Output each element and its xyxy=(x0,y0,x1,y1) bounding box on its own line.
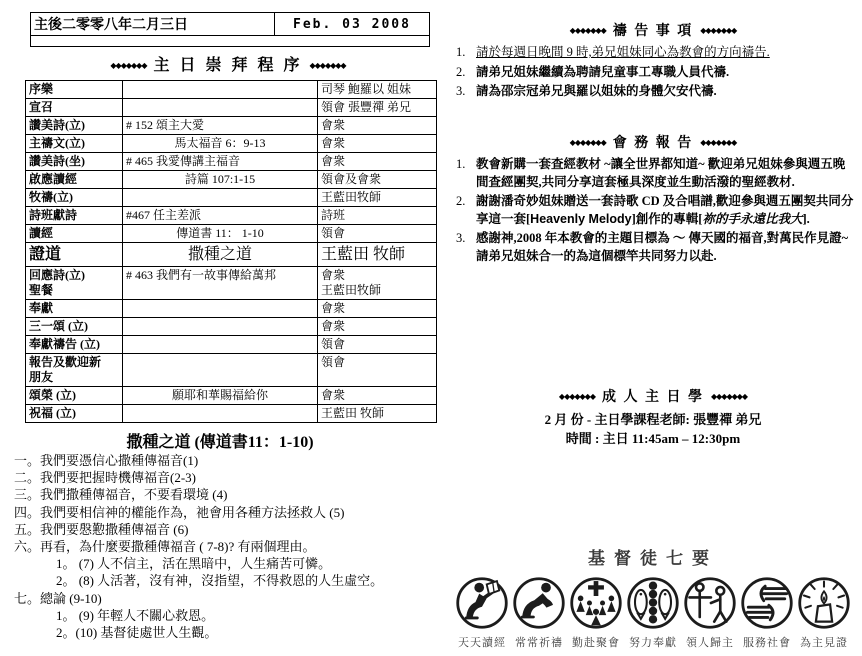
essential-label: 勤赴聚會 xyxy=(568,634,624,650)
order-detail-cell: 願耶和華賜福給你 xyxy=(123,387,318,405)
report-item-segment: 教會新購一套查經教材 ~讓全世界都知道~ 歡迎弟兄姐妹參與週五晚間查經團契,共同… xyxy=(476,157,845,189)
sermon-outline-line: 六。再看，為什麼要撒種傳福音 ( 7-8)? 有兩個理由。 xyxy=(14,538,446,555)
order-item-cell: 奉獻禱告 (立) xyxy=(26,336,123,354)
worship-order-table: 序樂司琴 鮑羅以 姐妹宣召領會 張豐禪 弟兄讚美詩(立)# 152 頌主大愛會衆… xyxy=(25,80,437,423)
order-leader-cell: 領會 xyxy=(318,336,437,354)
essential-item: 常常祈禱 xyxy=(511,575,567,650)
order-item-cell: 讚美詩(坐) xyxy=(26,153,123,171)
order-detail-cell xyxy=(123,405,318,423)
item-number: 2. xyxy=(456,193,476,228)
order-item-cell: 奉獻 xyxy=(26,300,123,318)
evangelism-icon xyxy=(682,575,738,631)
order-detail-cell: 傳道書 11： 1-10 xyxy=(123,225,318,243)
order-detail-cell: # 152 頌主大愛 xyxy=(123,117,318,135)
reading-icon xyxy=(454,575,510,631)
report-item-segment: 感謝神,2008 年本教會的主題目標為 ～ 傳天國的福音,對萬民作見證~ 請弟兄… xyxy=(476,231,848,263)
sunday-school-time-line: 時間 : 主日 11:45am – 12:30pm xyxy=(452,429,854,448)
order-item-cell: 讀經 xyxy=(26,225,123,243)
report-item: 1.教會新購一套查經教材 ~讓全世界都知道~ 歡迎弟兄姐妹參與週五晚間查經團契,… xyxy=(456,156,854,191)
worship-order-row: 讚美詩(立)# 152 頌主大愛會衆 xyxy=(26,117,437,135)
order-item-cell: 祝福 (立) xyxy=(26,405,123,423)
order-leader-cell: 會衆 xyxy=(318,318,437,336)
sermon-outline-line: 1。 (9) 年輕人不關心救恩。 xyxy=(56,607,446,624)
sermon-outline-line: 一。我們要憑信心撒種傳福音(1) xyxy=(14,452,446,469)
order-leader-cell: 領會及會衆 xyxy=(318,171,437,189)
order-leader-cell: 會衆 xyxy=(318,387,437,405)
prayer-list: 1.請於每週日晚間 9 時,弟兄姐妹同心為教會的方向禱告.2.請弟兄姐妹繼續為聘… xyxy=(452,44,854,101)
worship-order-row: 讚美詩(坐)# 465 我愛傳講主福音會衆 xyxy=(26,153,437,171)
report-item: 2.謝謝潘奇妙姐妹贈送一套詩歌 CD 及合唱譜,歡迎參與週五團契共同分享這一套[… xyxy=(456,193,854,228)
prayer-item: 1.請於每週日晚間 9 時,弟兄姐妹同心為教會的方向禱告. xyxy=(456,44,854,62)
worship-order-row: 回應詩(立)聖餐# 463 我們有一故事傳給萬邦會衆王藍田牧師 xyxy=(26,267,437,300)
ornament-left-icon: ◆◆◆◆◆◆◆ xyxy=(559,392,595,401)
worship-title-text: 主 日 崇 拜 程 序 xyxy=(153,57,302,74)
order-item-cell: 報告及歡迎新朋友 xyxy=(26,354,123,387)
worship-order-row: 牧禱(立)王藍田牧師 xyxy=(26,189,437,207)
church-bulletin-page: 主後二零零八年二月三日 Feb. 03 2008 ◆◆◆◆◆◆◆主 日 崇 拜 … xyxy=(0,0,862,656)
date-row: 主後二零零八年二月三日 Feb. 03 2008 xyxy=(31,13,429,36)
service-icon xyxy=(739,575,795,631)
essential-item: 努力奉獻 xyxy=(625,575,681,650)
date-box-empty-row xyxy=(31,36,429,46)
item-text: 感謝神,2008 年本教會的主題目標為 ～ 傳天國的福音,對萬民作見證~ 請弟兄… xyxy=(476,230,854,265)
witness-icon xyxy=(796,575,852,631)
essential-label: 領人歸主 xyxy=(682,634,738,650)
report-item-segment: ]. xyxy=(802,212,809,226)
sermon-outline-line: 2。(10) 基督徒處世人生觀。 xyxy=(56,624,446,641)
essential-label: 天天讀經 xyxy=(454,634,510,650)
prayer-items-section: ◆◆◆◆◆◆◆禱 告 事 項◆◆◆◆◆◆◆ 1.請於每週日晚間 9 時,弟兄姐妹… xyxy=(452,20,854,103)
order-item-cell: 詩班獻詩 xyxy=(26,207,123,225)
order-detail-cell xyxy=(123,300,318,318)
ornament-left-icon: ◆◆◆◆◆◆◆ xyxy=(570,26,606,35)
order-leader-cell: 詩班 xyxy=(318,207,437,225)
date-header-box: 主後二零零八年二月三日 Feb. 03 2008 xyxy=(30,12,430,47)
order-detail-cell xyxy=(123,318,318,336)
report-item: 3.感謝神,2008 年本教會的主題目標為 ～ 傳天國的福音,對萬民作見證~ 請… xyxy=(456,230,854,265)
sunday-school-section: ◆◆◆◆◆◆◆成 人 主 日 學◆◆◆◆◆◆◆ 2 月 份 - 主日學課程老師:… xyxy=(452,386,854,448)
sermon-outline-section: 撒種之道 (傳道書11：1-10) 一。我們要憑信心撒種傳福音(1)二。我們要把… xyxy=(10,429,446,641)
worship-order-row: 奉獻會衆 xyxy=(26,300,437,318)
worship-order-title: ◆◆◆◆◆◆◆主 日 崇 拜 程 序◆◆◆◆◆◆◆ xyxy=(10,52,446,75)
order-item-cell: 三一頌 (立) xyxy=(26,318,123,336)
prayer-section-title: ◆◆◆◆◆◆◆禱 告 事 項◆◆◆◆◆◆◆ xyxy=(452,20,854,40)
praying-icon xyxy=(511,575,567,631)
order-leader-cell: 王藍田 牧師 xyxy=(318,243,437,267)
sermon-outline-line: 五。我們要慇懃撒種傳福音 (6) xyxy=(14,521,446,538)
item-text: 教會新購一套查經教材 ~讓全世界都知道~ 歡迎弟兄姐妹參與週五晚間查經團契,共同… xyxy=(476,156,854,191)
sunday-school-title: ◆◆◆◆◆◆◆成 人 主 日 學◆◆◆◆◆◆◆ xyxy=(452,386,854,406)
sunday-school-title-text: 成 人 主 日 學 xyxy=(602,390,704,405)
order-detail-cell: # 463 我們有一故事傳給萬邦 xyxy=(123,267,318,300)
worship-order-row: 奉獻禱告 (立)領會 xyxy=(26,336,437,354)
ornament-right-icon: ◆◆◆◆◆◆◆ xyxy=(700,26,736,35)
seven-essentials-title: 基督徒七要 xyxy=(452,544,854,569)
sermon-outline-line: 二。我們要把握時機傳福音(2-3) xyxy=(14,469,446,486)
prayer-item-text: 請弟兄姐妹繼續為聘請兒童事工專職人員代禱. xyxy=(476,65,729,79)
sermon-outline-line: 四。我們要相信神的權能作為，祂會用各種方法拯救人 (5) xyxy=(14,504,446,521)
worship-order-row: 讀經傳道書 11： 1-10領會 xyxy=(26,225,437,243)
sermon-outline-lines: 一。我們要憑信心撒種傳福音(1)二。我們要把握時機傳福音(2-3)三。我們撒種傳… xyxy=(10,452,446,641)
essential-label: 常常祈禱 xyxy=(511,634,567,650)
order-leader-cell: 領會 xyxy=(318,225,437,243)
item-number: 1. xyxy=(456,44,476,62)
item-number: 1. xyxy=(456,156,476,191)
worship-order-row: 報告及歡迎新朋友領會 xyxy=(26,354,437,387)
essential-label: 努力奉獻 xyxy=(625,634,681,650)
order-item-cell: 啟應讀經 xyxy=(26,171,123,189)
item-number: 2. xyxy=(456,64,476,82)
sunday-school-teacher-line: 2 月 份 - 主日學課程老師: 張豐禪 弟兄 xyxy=(452,410,854,429)
worship-order-row: 啟應讀經詩篇 107:1-15領會及會衆 xyxy=(26,171,437,189)
order-item-cell: 證道 xyxy=(26,243,123,267)
gathering-icon xyxy=(568,575,624,631)
order-detail-cell xyxy=(123,99,318,117)
sermon-outline-line: 1。 (7) 人不信主，活在黑暗中，人生痛苦可憐。 xyxy=(56,555,446,572)
ornament-right-icon: ◆◆◆◆◆◆◆ xyxy=(700,138,736,147)
report-title-text: 會 務 報 告 xyxy=(613,136,694,151)
prayer-item: 2.請弟兄姐妹繼續為聘請兒童事工專職人員代禱. xyxy=(456,64,854,82)
sermon-outline-line: 七。總論 (9-10) xyxy=(14,590,446,607)
worship-order-row: 證道撒種之道王藍田 牧師 xyxy=(26,243,437,267)
seven-essentials-icon-row: 天天讀經常常祈禱勤赴聚會努力奉獻領人歸主服務社會為主見證 xyxy=(452,575,854,650)
worship-order-row: 主禱文(立)馬太福音 6：9-13會衆 xyxy=(26,135,437,153)
order-detail-cell: # 465 我愛傳講主福音 xyxy=(123,153,318,171)
ornament-left-icon: ◆◆◆◆◆◆◆ xyxy=(570,138,606,147)
worship-order-row: 三一頌 (立)會衆 xyxy=(26,318,437,336)
order-leader-cell: 王藍田牧師 xyxy=(318,189,437,207)
order-leader-cell: 會衆 xyxy=(318,153,437,171)
sermon-outline-line: 三。我們撒種傳福音，不要看環境 (4) xyxy=(14,486,446,503)
essential-item: 勤赴聚會 xyxy=(568,575,624,650)
worship-order-row: 序樂司琴 鮑羅以 姐妹 xyxy=(26,81,437,99)
offering-icon xyxy=(625,575,681,631)
church-report-section: ◆◆◆◆◆◆◆會 務 報 告◆◆◆◆◆◆◆ 1.教會新購一套查經教材 ~讓全世界… xyxy=(452,132,854,267)
worship-order-row: 宣召領會 張豐禪 弟兄 xyxy=(26,99,437,117)
item-number: 3. xyxy=(456,83,476,101)
essential-label: 為主見證 xyxy=(796,634,852,650)
order-item-cell: 序樂 xyxy=(26,81,123,99)
ornament-right-icon: ◆◆◆◆◆◆◆ xyxy=(711,392,747,401)
order-item-cell: 讚美詩(立) xyxy=(26,117,123,135)
worship-order-row: 祝福 (立)王藍田 牧師 xyxy=(26,405,437,423)
order-leader-cell: 領會 張豐禪 弟兄 xyxy=(318,99,437,117)
prayer-item: 3.請為邵宗冠弟兄與羅以姐妹的身體欠安代禱. xyxy=(456,83,854,101)
order-leader-cell: 王藍田 牧師 xyxy=(318,405,437,423)
seven-essentials-section: 基督徒七要 天天讀經常常祈禱勤赴聚會努力奉獻領人歸主服務社會為主見證 xyxy=(452,544,854,650)
worship-order-row: 頌榮 (立)願耶和華賜福給你會衆 xyxy=(26,387,437,405)
bulletin-left-column: 主後二零零八年二月三日 Feb. 03 2008 ◆◆◆◆◆◆◆主 日 崇 拜 … xyxy=(10,12,446,641)
report-item-segment: 祢的手永遠比我大 xyxy=(702,212,802,226)
order-detail-cell xyxy=(123,354,318,387)
date-english: Feb. 03 2008 xyxy=(275,13,429,35)
report-list: 1.教會新購一套查經教材 ~讓全世界都知道~ 歡迎弟兄姐妹參與週五晚間查經團契,… xyxy=(452,156,854,265)
order-item-cell: 頌榮 (立) xyxy=(26,387,123,405)
ornament-left-icon: ◆◆◆◆◆◆◆ xyxy=(110,61,146,70)
order-leader-cell: 會衆 xyxy=(318,300,437,318)
order-leader-cell: 領會 xyxy=(318,354,437,387)
report-section-title: ◆◆◆◆◆◆◆會 務 報 告◆◆◆◆◆◆◆ xyxy=(452,132,854,152)
order-item-cell: 回應詩(立)聖餐 xyxy=(26,267,123,300)
prayer-item-text: 請為邵宗冠弟兄與羅以姐妹的身體欠安代禱. xyxy=(476,84,717,98)
item-text: 請為邵宗冠弟兄與羅以姐妹的身體欠安代禱. xyxy=(476,83,854,101)
order-detail-cell xyxy=(123,189,318,207)
worship-order-row: 詩班獻詩#467 任主差派詩班 xyxy=(26,207,437,225)
ornament-right-icon: ◆◆◆◆◆◆◆ xyxy=(310,61,346,70)
order-leader-cell: 司琴 鮑羅以 姐妹 xyxy=(318,81,437,99)
order-detail-cell: 詩篇 107:1-15 xyxy=(123,171,318,189)
order-detail-cell xyxy=(123,336,318,354)
order-item-cell: 宣召 xyxy=(26,99,123,117)
report-item-segment: Heavenly Melody xyxy=(530,212,631,226)
order-leader-cell: 會衆 xyxy=(318,117,437,135)
essential-item: 服務社會 xyxy=(739,575,795,650)
order-leader-cell: 會衆 xyxy=(318,135,437,153)
prayer-title-text: 禱 告 事 項 xyxy=(613,24,694,39)
essential-item: 領人歸主 xyxy=(682,575,738,650)
item-text: 請於每週日晚間 9 時,弟兄姐妹同心為教會的方向禱告. xyxy=(476,44,854,62)
item-number: 3. xyxy=(456,230,476,265)
report-item-segment: ]創作的專輯[ xyxy=(632,212,703,226)
order-item-cell: 主禱文(立) xyxy=(26,135,123,153)
order-detail-cell: 撒種之道 xyxy=(123,243,318,267)
essential-label: 服務社會 xyxy=(739,634,795,650)
prayer-item-text: 請於每週日晚間 9 時,弟兄姐妹同心為教會的方向禱告. xyxy=(476,45,770,59)
item-text: 謝謝潘奇妙姐妹贈送一套詩歌 CD 及合唱譜,歡迎參與週五團契共同分享這一套[He… xyxy=(476,193,854,228)
order-leader-cell: 會衆王藍田牧師 xyxy=(318,267,437,300)
order-item-cell: 牧禱(立) xyxy=(26,189,123,207)
order-detail-cell: #467 任主差派 xyxy=(123,207,318,225)
sermon-outline-line: 2。 (8) 人活著，沒有神，沒指望，不得救恩的人生虛空。 xyxy=(56,572,446,589)
sermon-title: 撒種之道 (傳道書11：1-10) xyxy=(10,429,430,452)
order-detail-cell: 馬太福音 6：9-13 xyxy=(123,135,318,153)
item-text: 請弟兄姐妹繼續為聘請兒童事工專職人員代禱. xyxy=(476,64,854,82)
order-detail-cell xyxy=(123,81,318,99)
essential-item: 為主見證 xyxy=(796,575,852,650)
date-chinese: 主後二零零八年二月三日 xyxy=(31,13,275,35)
essential-item: 天天讀經 xyxy=(454,575,510,650)
